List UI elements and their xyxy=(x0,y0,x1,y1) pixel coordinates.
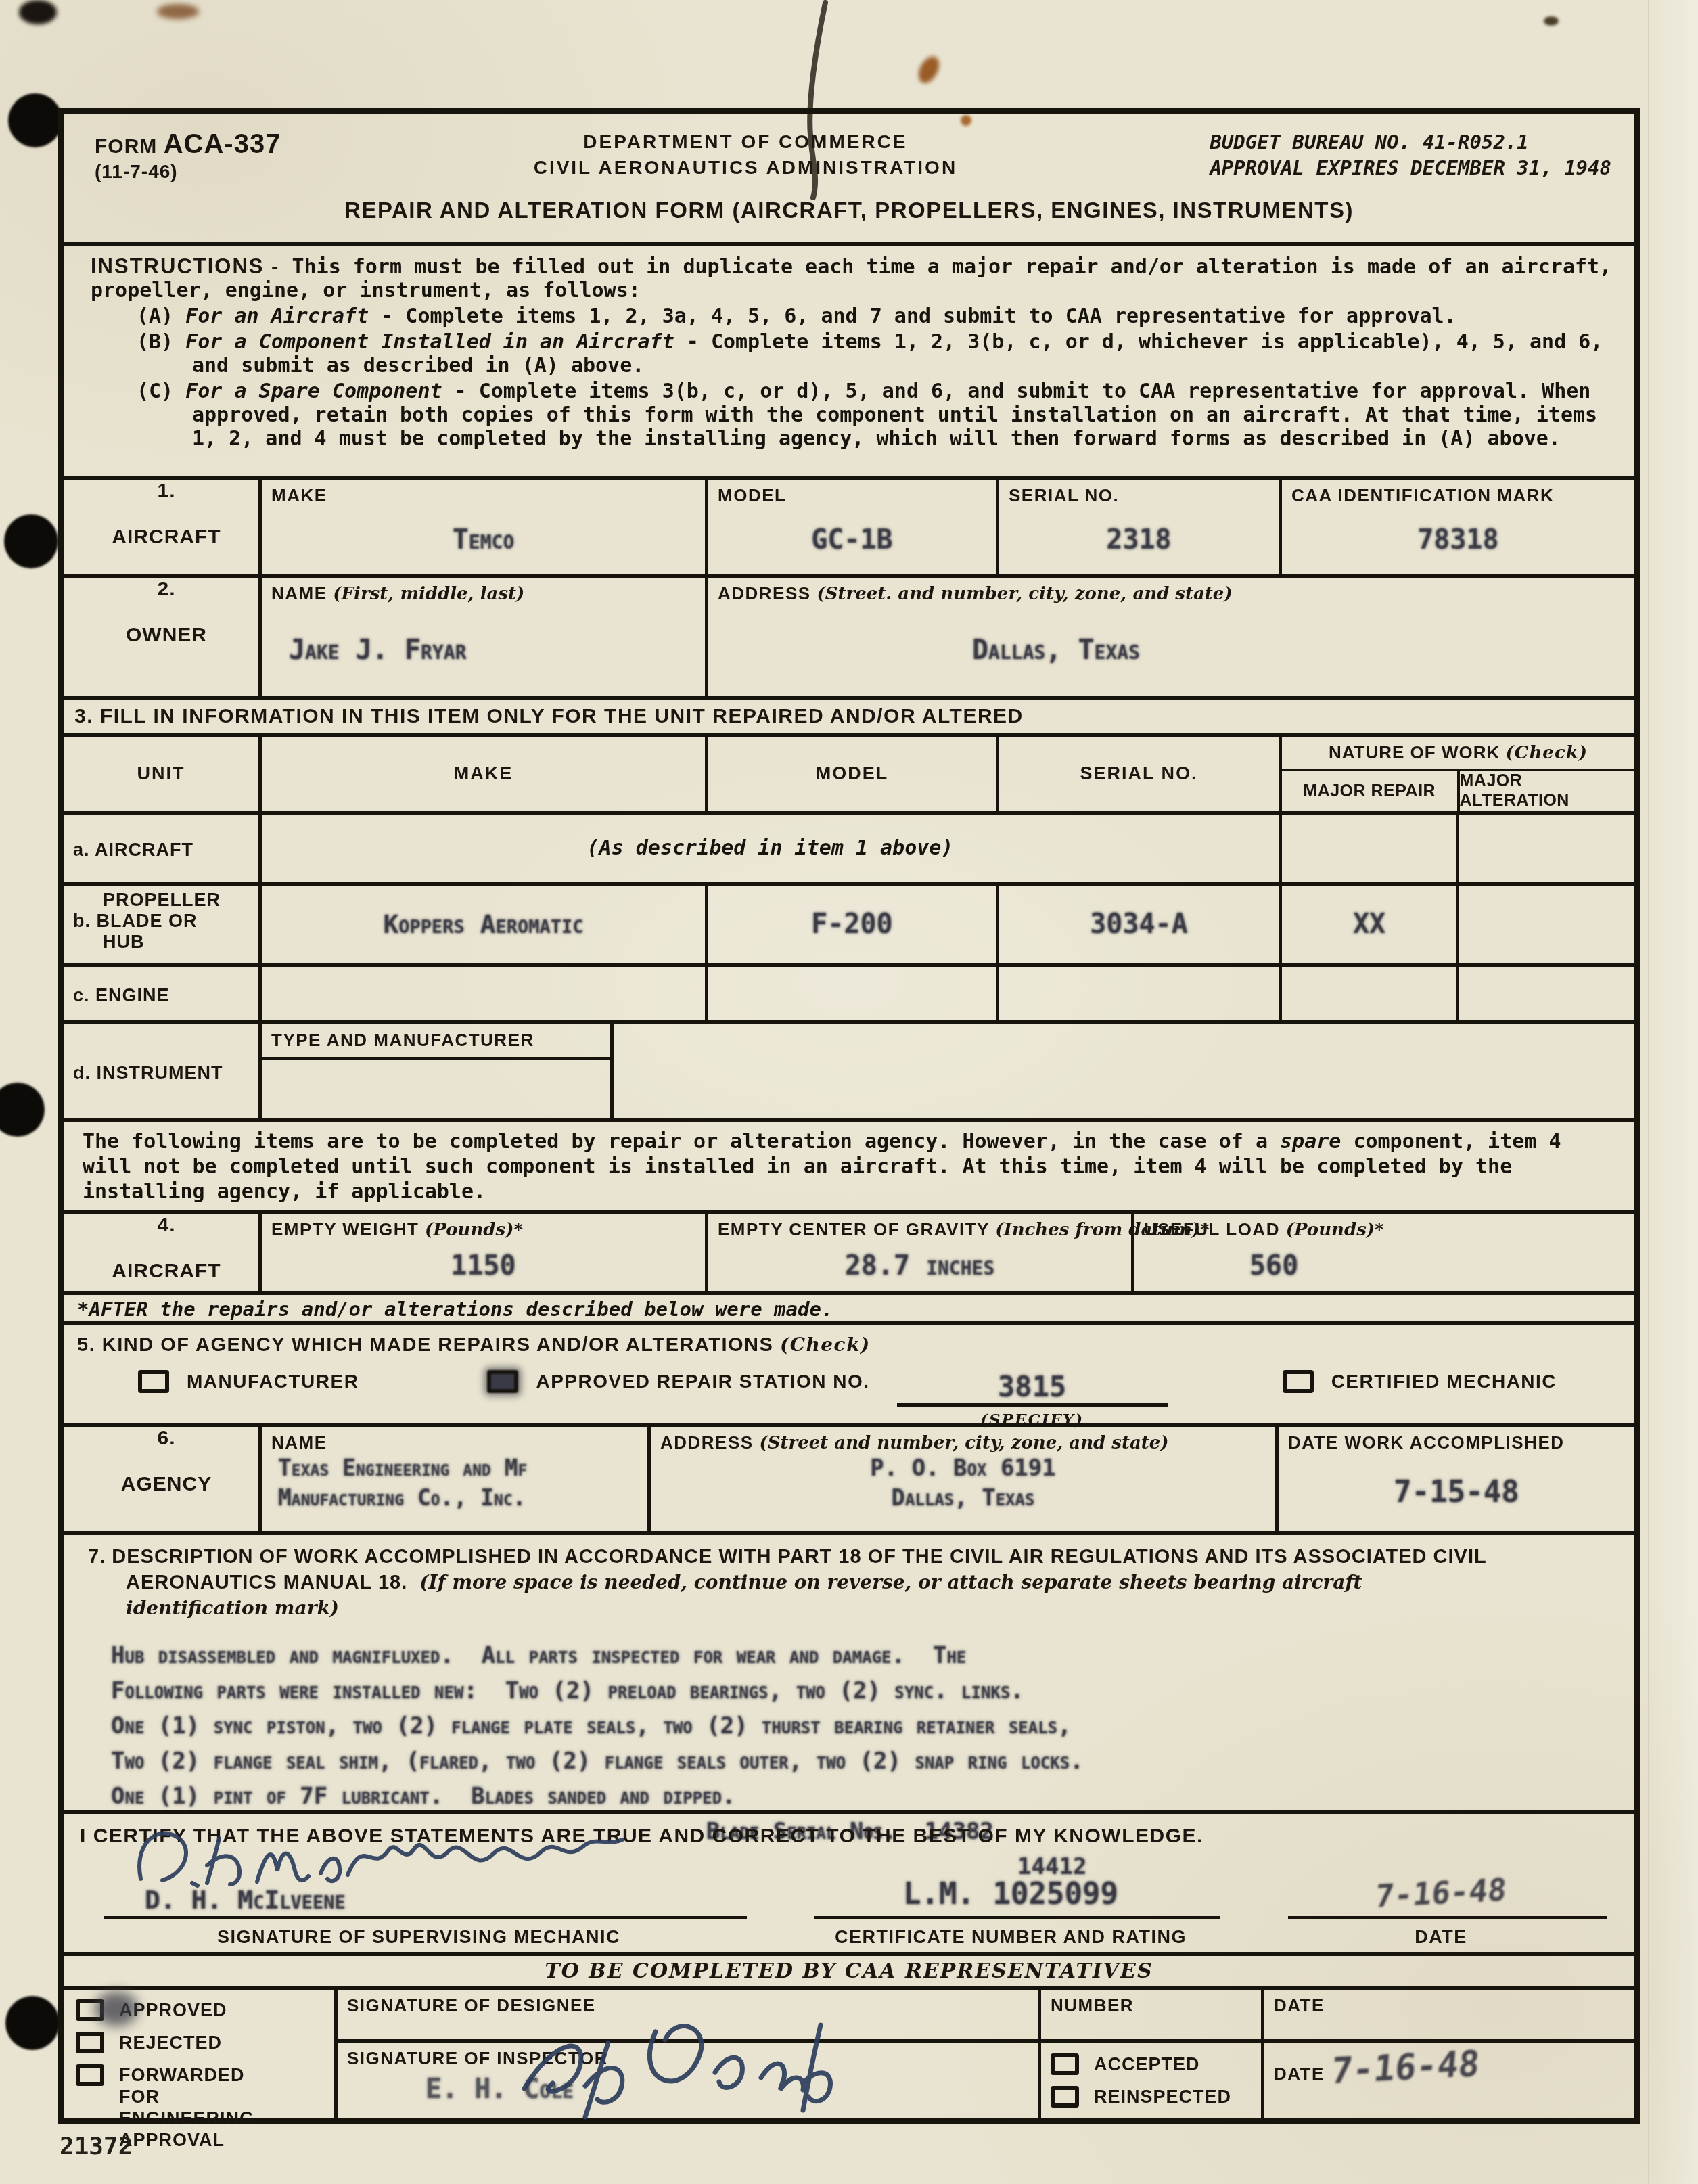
certified-mechanic-checkbox xyxy=(1283,1370,1314,1393)
row-b-make-value: Koppers Aeromatic xyxy=(262,886,705,963)
row-b-serial-cell: 3034-A xyxy=(996,886,1279,963)
form-title: REPAIR AND ALTERATION FORM (AIRCRAFT, PR… xyxy=(64,198,1634,223)
item3-title: FILL IN INFORMATION IN THIS ITEM ONLY FO… xyxy=(100,705,1024,728)
col-make: MAKE xyxy=(258,737,705,811)
row-d-type-mfr-cell: TYPE AND MANUFACTURER xyxy=(258,1024,614,1118)
item4-useful-load-cell: USEFUL LOAD (Pounds)* 560 xyxy=(1131,1214,1634,1291)
owner-name-label-text: NAME xyxy=(271,583,327,604)
rejected-option: REJECTED xyxy=(76,2032,334,2053)
inspector-signature-label: SIGNATURE OF INSPECTOR xyxy=(347,2048,1038,2069)
spare-note-emphasis: spare xyxy=(1280,1130,1341,1154)
caa-signature-columns: SIGNATURE OF DESIGNEE NUMBER DATE SIGNAT… xyxy=(334,1990,1634,2118)
row-d-type-mfr-label: TYPE AND MANUFACTURER xyxy=(262,1024,610,1060)
option-approved-repair-station: APPROVED REPAIR STATION NO. xyxy=(487,1370,869,1393)
item-c-title: For a Spare Component xyxy=(185,380,442,403)
serial-value: 2318 xyxy=(999,506,1279,574)
col-unit-label: UNIT xyxy=(137,737,185,811)
budget-bureau-block: BUDGET BUREAU NO. 41-R052.1 APPROVAL EXP… xyxy=(1210,129,1611,183)
row-b-label: PROPELLER b. BLADE OR HUB xyxy=(64,886,258,963)
item1-model-cell: MODEL GC-1B xyxy=(705,480,996,574)
row-d-title: INSTRUMENT xyxy=(97,1063,223,1083)
caa-representatives-bar: TO BE COMPLETED BY CAA REPRESENTATIVES xyxy=(64,1956,1634,1990)
approved-repair-station-label: APPROVED REPAIR STATION NO. xyxy=(536,1371,869,1392)
col-model-label: MODEL xyxy=(816,737,889,811)
item4-title: AIRCRAFT xyxy=(112,1260,221,1283)
budget-bureau-number: BUDGET BUREAU NO. 41-R052.1 xyxy=(1210,129,1611,155)
inspector-date-cell: DATE 7-16-48 xyxy=(1261,2043,1634,2118)
certificate-number-line xyxy=(814,1916,1220,1919)
cg-label-text: EMPTY CENTER OF GRAVITY xyxy=(718,1219,989,1239)
item3-row-instrument: d. INSTRUMENT TYPE AND MANUFACTURER xyxy=(64,1024,1634,1122)
item7-heading: 7. DESCRIPTION OF WORK ACCOMPLISHED IN A… xyxy=(64,1535,1634,1620)
agency-name-line1: Texas Engineering and Mf xyxy=(278,1453,647,1483)
description-line: One (1) pint of 7F lubricant. Blades san… xyxy=(111,1779,1634,1814)
col-serial: SERIAL NO. xyxy=(996,737,1279,811)
item2-name-cell: NAME (First, middle, last) Jake J. Fryar xyxy=(258,578,705,696)
certification-columns: D. H. McIlveene SIGNATURE OF SUPERVISING… xyxy=(64,1850,1634,1952)
inspector-date-value: 7-16-48 xyxy=(1330,2044,1482,2093)
hole-punch xyxy=(4,514,58,568)
reinspected-label: REINSPECTED xyxy=(1094,2086,1231,2108)
row-c-number: c. xyxy=(73,985,90,1005)
row-b-title-line3: HUB xyxy=(73,932,258,953)
spare-component-note: The following items are to be completed … xyxy=(64,1122,1634,1214)
agency-name-label: NAME xyxy=(262,1427,647,1453)
agency-address-line2: Dallas, Texas xyxy=(651,1483,1275,1513)
mechanic-typed-name: D. H. McIlveene xyxy=(145,1885,346,1915)
spare-note-text: The following items are to be completed … xyxy=(83,1129,1618,1204)
item7-heading-line1: 7. DESCRIPTION OF WORK ACCOMPLISHED IN A… xyxy=(88,1545,1634,1570)
number-cell: NUMBER xyxy=(1038,1990,1261,2039)
row-a-note-cell: (As described in item 1 above) xyxy=(258,815,1279,882)
item-c-label: (C) xyxy=(137,380,173,403)
scanned-form-page: { "header": { "form_word": "FORM", "form… xyxy=(0,0,1698,2184)
item6-number: 6. xyxy=(157,1427,175,1450)
department-line1: DEPARTMENT OF COMMERCE xyxy=(534,129,957,155)
row-b-number: b. xyxy=(73,911,91,931)
item5-title-line: 5. KIND OF AGENCY WHICH MADE REPAIRS AND… xyxy=(64,1325,1634,1357)
specify-label: (SPECIFY) xyxy=(897,1407,1168,1429)
cg-label: EMPTY CENTER OF GRAVITY (Inches from dat… xyxy=(708,1214,1131,1240)
model-value: GC-1B xyxy=(708,506,996,574)
row-b-model-cell: F-200 xyxy=(705,886,996,963)
certification-date-line xyxy=(1288,1916,1607,1919)
item1-label: 1. AIRCRAFT xyxy=(64,480,258,574)
form-border-frame: FORM ACA-337 (11-7-46) DEPARTMENT OF COM… xyxy=(58,108,1640,2124)
item2-number: 2. xyxy=(157,578,175,601)
make-label: MAKE xyxy=(262,480,705,506)
row-a-major-repair-cell xyxy=(1279,815,1456,882)
item1-serial-cell: SERIAL NO. 2318 xyxy=(996,480,1279,574)
item7-heading-hint1: (If more space is needed, continue on re… xyxy=(419,1571,1362,1593)
designee-signature-cell: SIGNATURE OF DESIGNEE xyxy=(334,1990,1038,2039)
inspector-date-label: DATE xyxy=(1274,2064,1325,2085)
designee-date-label: DATE xyxy=(1274,1995,1634,2016)
item6-address-cell: ADDRESS (Street and number, city, zone, … xyxy=(647,1427,1275,1531)
col-make-label: MAKE xyxy=(454,737,513,811)
caa-checkbox-column: APPROVED REJECTED FORWARDED FOR ENGINEER… xyxy=(64,1990,334,2118)
item4-number: 4. xyxy=(157,1214,175,1237)
header-top-row: FORM ACA-337 (11-7-46) DEPARTMENT OF COM… xyxy=(64,114,1634,183)
empty-weight-label-text: EMPTY WEIGHT xyxy=(271,1219,419,1239)
item3-row-aircraft: a. AIRCRAFT (As described in item 1 abov… xyxy=(64,815,1634,886)
row-c-model-cell xyxy=(705,967,996,1020)
scan-page-edge xyxy=(1648,0,1698,2184)
repair-station-number-value: 3815 xyxy=(897,1370,1168,1403)
item1-aircraft-row: 1. AIRCRAFT MAKE Temco MODEL GC-1B SERIA… xyxy=(64,480,1634,578)
repair-station-number-block: 3815 (SPECIFY) xyxy=(897,1370,1168,1429)
item3-row-propeller: PROPELLER b. BLADE OR HUB Koppers Aeroma… xyxy=(64,886,1634,967)
empty-weight-label: EMPTY WEIGHT (Pounds)* xyxy=(262,1214,705,1240)
item5-title: KIND OF AGENCY WHICH MADE REPAIRS AND/OR… xyxy=(102,1334,774,1356)
item7-number: 7. xyxy=(88,1546,106,1568)
nature-label-hint: (Check) xyxy=(1505,743,1588,763)
row-b-make-cell: Koppers Aeromatic xyxy=(258,886,705,963)
cg-value: 28.7 inches xyxy=(708,1240,1131,1291)
item4-footnote-row: *AFTER the repairs and/or alterations de… xyxy=(64,1295,1634,1325)
row-b-serial-value: 3034-A xyxy=(999,886,1279,963)
owner-name-value: Jake J. Fryar xyxy=(262,604,705,696)
nature-label-text: NATURE OF WORK xyxy=(1329,742,1500,763)
form-number: ACA-337 xyxy=(164,129,281,159)
owner-address-value: Dallas, Texas xyxy=(708,604,1634,696)
row-b-title-line1: PROPELLER xyxy=(73,890,258,911)
forwarded-checkbox xyxy=(76,2064,104,2086)
certification-section: I CERTIFY THAT THE ABOVE STATEMENTS ARE … xyxy=(64,1814,1634,1956)
manufacturer-checkbox xyxy=(138,1370,169,1393)
row-c-make-cell xyxy=(258,967,705,1020)
agency-name-value: Texas Engineering and Mf Manufacturing C… xyxy=(262,1453,647,1513)
item4-cg-cell: EMPTY CENTER OF GRAVITY (Inches from dat… xyxy=(705,1214,1131,1291)
item6-date-cell: DATE WORK ACCOMPLISHED 7-15-48 xyxy=(1275,1427,1634,1531)
designee-date-cell: DATE xyxy=(1261,1990,1634,2039)
caa-action-table: APPROVED REJECTED FORWARDED FOR ENGINEER… xyxy=(64,1990,1634,2118)
approval-expiration: APPROVAL EXPIRES DECEMBER 31, 1948 xyxy=(1210,155,1611,181)
agency-address-line1: P. O. Box 6191 xyxy=(651,1453,1275,1483)
item4-empty-weight-cell: EMPTY WEIGHT (Pounds)* 1150 xyxy=(258,1214,705,1291)
rejected-label: REJECTED xyxy=(119,2032,222,2053)
instruction-item-a: (A) For an Aircraft - Complete items 1, … xyxy=(91,304,1617,328)
certification-date-block: 7-16-48 DATE xyxy=(1247,1850,1634,1952)
certification-date-label: DATE xyxy=(1247,1920,1634,1948)
useful-load-label: USEFUL LOAD (Pounds)* xyxy=(1134,1214,1634,1240)
empty-weight-label-hint: (Pounds)* xyxy=(425,1220,523,1240)
option-manufacturer: MANUFACTURER xyxy=(138,1370,359,1393)
row-c-title: ENGINE xyxy=(95,985,170,1005)
agency-address-label-hint: (Street and number, city, zone, and stat… xyxy=(759,1433,1168,1453)
model-label: MODEL xyxy=(708,480,996,506)
certificate-number-label: CERTIFICATE NUMBER AND RATING xyxy=(774,1920,1247,1948)
hole-punch xyxy=(8,93,62,147)
accepted-label: ACCEPTED xyxy=(1094,2053,1200,2075)
useful-load-value: 560 xyxy=(1134,1240,1634,1291)
owner-name-label: NAME (First, middle, last) xyxy=(262,578,705,604)
designee-row: SIGNATURE OF DESIGNEE NUMBER DATE xyxy=(334,1990,1634,2043)
instructions-lead-text: This form must be filled out in duplicat… xyxy=(91,255,1611,302)
item7-heading-line2: AERONAUTICS MANUAL 18. (If more space is… xyxy=(88,1570,1634,1595)
item5-options-row: MANUFACTURER APPROVED REPAIR STATION NO.… xyxy=(64,1357,1634,1429)
accepted-cell: ACCEPTED REINSPECTED xyxy=(1038,2043,1261,2118)
accepted-checkbox xyxy=(1051,2053,1079,2075)
row-d-open-cell xyxy=(614,1024,1634,1118)
serial-label: SERIAL NO. xyxy=(999,480,1279,506)
instruction-item-b: (B) For a Component Installed in an Airc… xyxy=(91,330,1617,378)
row-b-title-line2: BLADE OR xyxy=(97,911,198,931)
certificate-number-block: L.M. 1025099 CERTIFICATE NUMBER AND RATI… xyxy=(774,1850,1247,1952)
item5-number: 5. xyxy=(77,1334,95,1356)
instructions-section: INSTRUCTIONS - This form must be filled … xyxy=(64,246,1634,480)
caa-mark-label: CAA IDENTIFICATION MARK xyxy=(1282,480,1634,506)
nature-subcolumns: MAJOR REPAIR MAJOR ALTERATION xyxy=(1282,771,1634,811)
approved-option: APPROVED xyxy=(76,1999,334,2021)
row-c-major-repair-cell xyxy=(1279,967,1456,1020)
rust-stain xyxy=(157,4,199,19)
useful-load-label-text: USEFUL LOAD xyxy=(1144,1219,1280,1239)
item-a-text: - Complete items 1, 2, 3a, 4, 5, 6, and … xyxy=(369,304,1456,328)
rejected-checkbox xyxy=(76,2032,104,2053)
form-word: FORM xyxy=(95,135,157,158)
col-unit: UNIT xyxy=(64,737,258,811)
reinspected-option: REINSPECTED xyxy=(1051,2086,1261,2108)
item7-description-section: 7. DESCRIPTION OF WORK ACCOMPLISHED IN A… xyxy=(64,1535,1634,1814)
forwarded-label: FORWARDED FOR ENGINEERING APPROVAL xyxy=(119,2064,288,2151)
agency-name-line2: Manufacturing Co., Inc. xyxy=(278,1483,647,1513)
inspector-typed-name: E. H. Cole xyxy=(426,2074,574,2105)
item4-footnote: *AFTER the repairs and/or alterations de… xyxy=(77,1298,833,1321)
item4-aircraft-row: 4. AIRCRAFT EMPTY WEIGHT (Pounds)* 1150 … xyxy=(64,1214,1634,1295)
item6-label: 6. AGENCY xyxy=(64,1427,258,1531)
approved-check-smudge xyxy=(95,1991,138,2026)
item1-caa-mark-cell: CAA IDENTIFICATION MARK 78318 xyxy=(1279,480,1634,574)
form-header: FORM ACA-337 (11-7-46) DEPARTMENT OF COM… xyxy=(64,114,1634,246)
row-b-major-repair-cell: XX xyxy=(1279,886,1456,963)
owner-address-label-hint: (Street. and number, city, zone, and sta… xyxy=(817,584,1232,604)
owner-address-label: ADDRESS (Street. and number, city, zone,… xyxy=(708,578,1634,604)
row-a-title: AIRCRAFT xyxy=(95,840,193,860)
item5-title-hint: (Check) xyxy=(780,1334,871,1356)
spare-note-p1: The following items are to be completed … xyxy=(83,1130,1280,1154)
item2-owner-row: 2. OWNER NAME (First, middle, last) Jake… xyxy=(64,578,1634,700)
item-a-title: For an Aircraft xyxy=(185,304,369,328)
row-b-major-alteration-cell xyxy=(1456,886,1634,963)
certification-statement: I CERTIFY THAT THE ABOVE STATEMENTS ARE … xyxy=(64,1814,1634,1848)
designee-signature-label: SIGNATURE OF DESIGNEE xyxy=(347,1995,1038,2016)
smudge-stain xyxy=(1544,16,1559,26)
approved-repair-station-checkbox xyxy=(487,1370,518,1393)
mechanic-signature-line xyxy=(104,1916,747,1919)
item2-label: 2. OWNER xyxy=(64,578,258,696)
hole-punch xyxy=(5,1996,60,2050)
item-b-label: (B) xyxy=(137,330,173,354)
item7-heading-hint2: identification mark) xyxy=(88,1595,1634,1620)
item3-number: 3. xyxy=(74,705,93,728)
form-number-line: FORM ACA-337 xyxy=(95,129,281,160)
item3-table-header: UNIT MAKE MODEL SERIAL NO. NATURE OF WOR… xyxy=(64,737,1634,815)
rust-stain xyxy=(915,53,944,86)
item1-title: AIRCRAFT xyxy=(112,526,221,549)
department-block: DEPARTMENT OF COMMERCE CIVIL AERONAUTICS… xyxy=(534,129,957,183)
item1-number: 1. xyxy=(157,480,175,503)
useful-load-label-hint: (Pounds)* xyxy=(1286,1220,1384,1240)
col-major-repair-label: MAJOR REPAIR xyxy=(1282,771,1457,811)
option-certified-mechanic: CERTIFIED MECHANIC xyxy=(1283,1370,1557,1393)
description-line: Following parts were installed new: Two … xyxy=(111,1673,1634,1708)
number-label: NUMBER xyxy=(1051,1995,1261,2016)
row-b-major-repair-mark: XX xyxy=(1282,886,1456,963)
row-d-number: d. xyxy=(73,1063,91,1083)
row-c-major-alteration-cell xyxy=(1456,967,1634,1020)
row-a-number: a. xyxy=(73,840,90,860)
certified-mechanic-label: CERTIFIED MECHANIC xyxy=(1331,1371,1557,1392)
instructions-lead: INSTRUCTIONS - This form must be filled … xyxy=(91,254,1617,302)
agency-address-value: P. O. Box 6191 Dallas, Texas xyxy=(651,1453,1275,1513)
agency-address-label: ADDRESS (Street and number, city, zone, … xyxy=(651,1427,1275,1453)
certificate-number-value: L.M. 1025099 xyxy=(774,1877,1247,1911)
hole-punch xyxy=(0,1083,45,1137)
department-line2: CIVIL AERONAUTICS ADMINISTRATION xyxy=(534,155,957,181)
inspector-row: SIGNATURE OF INSPECTOR E. H. Cole xyxy=(334,2043,1634,2118)
item7-heading-text1: DESCRIPTION OF WORK ACCOMPLISHED IN ACCO… xyxy=(112,1546,1486,1568)
row-d-label: d. INSTRUMENT xyxy=(64,1024,258,1118)
item6-title: AGENCY xyxy=(121,1473,212,1496)
col-nature-of-work: NATURE OF WORK (Check) MAJOR REPAIR MAJO… xyxy=(1279,737,1634,811)
row-a-major-alteration-cell xyxy=(1456,815,1634,882)
row-b-model-value: F-200 xyxy=(708,886,996,963)
nature-of-work-label: NATURE OF WORK (Check) xyxy=(1282,737,1634,771)
date-work-accomplished-value: 7-15-48 xyxy=(1279,1453,1634,1531)
item6-name-cell: NAME Texas Engineering and Mf Manufactur… xyxy=(258,1427,647,1531)
item3-row-engine: c. ENGINE xyxy=(64,967,1634,1024)
empty-weight-value: 1150 xyxy=(262,1240,705,1291)
accepted-option: ACCEPTED xyxy=(1051,2053,1261,2075)
item3-header-bar: 3. FILL IN INFORMATION IN THIS ITEM ONLY… xyxy=(64,700,1634,737)
certification-date-value: 7-16-48 xyxy=(1246,1865,1636,1921)
description-line: Two (2) flange seal shim, (flared, two (… xyxy=(111,1744,1634,1779)
row-c-label: c. ENGINE xyxy=(64,967,258,1020)
inspector-signature-cell: SIGNATURE OF INSPECTOR E. H. Cole xyxy=(334,2043,1038,2118)
item7-heading-text2: AERONAUTICS MANUAL 18. xyxy=(126,1572,407,1593)
item5-agency-kind-section: 5. KIND OF AGENCY WHICH MADE REPAIRS AND… xyxy=(64,1325,1634,1427)
mechanic-signature-block: D. H. McIlveene SIGNATURE OF SUPERVISING… xyxy=(64,1850,774,1952)
item-b-title: For a Component Installed in an Aircraft xyxy=(185,330,674,354)
col-model: MODEL xyxy=(705,737,996,811)
reinspected-checkbox xyxy=(1051,2086,1079,2108)
form-revision-date: (11-7-46) xyxy=(95,161,281,183)
instructions-label: INSTRUCTIONS - xyxy=(91,254,279,278)
date-work-accomplished-label: DATE WORK ACCOMPLISHED xyxy=(1279,1427,1634,1453)
item6-agency-row: 6. AGENCY NAME Texas Engineering and Mf … xyxy=(64,1427,1634,1535)
row-c-serial-cell xyxy=(996,967,1279,1020)
make-value: Temco xyxy=(262,506,705,574)
ink-stain xyxy=(19,0,57,24)
form-number-block: FORM ACA-337 (11-7-46) xyxy=(95,129,281,183)
instruction-item-c: (C) For a Spare Component - Complete ite… xyxy=(91,380,1617,451)
page-serial-number: 21372 xyxy=(60,2133,133,2160)
mechanic-signature-label: SIGNATURE OF SUPERVISING MECHANIC xyxy=(64,1920,774,1948)
owner-name-label-hint: (First, middle, last) xyxy=(333,584,524,604)
owner-address-label-text: ADDRESS xyxy=(718,583,811,604)
manufacturer-label: MANUFACTURER xyxy=(187,1371,359,1392)
row-a-label: a. AIRCRAFT xyxy=(64,815,258,882)
item2-title: OWNER xyxy=(126,624,207,647)
item1-make-cell: MAKE Temco xyxy=(258,480,705,574)
caa-mark-value: 78318 xyxy=(1282,506,1634,574)
description-line: Hub disassembled and magnifluxed. All pa… xyxy=(111,1638,1634,1673)
agency-address-label-text: ADDRESS xyxy=(660,1432,754,1453)
description-line: One (1) sync piston, two (2) flange plat… xyxy=(111,1708,1634,1744)
item2-address-cell: ADDRESS (Street. and number, city, zone,… xyxy=(705,578,1634,696)
item4-label: 4. AIRCRAFT xyxy=(64,1214,258,1291)
item-a-label: (A) xyxy=(137,304,173,328)
col-major-alteration-label: MAJOR ALTERATION xyxy=(1457,771,1635,811)
col-serial-label: SERIAL NO. xyxy=(1080,737,1197,811)
row-a-note: (As described in item 1 above) xyxy=(587,836,954,860)
